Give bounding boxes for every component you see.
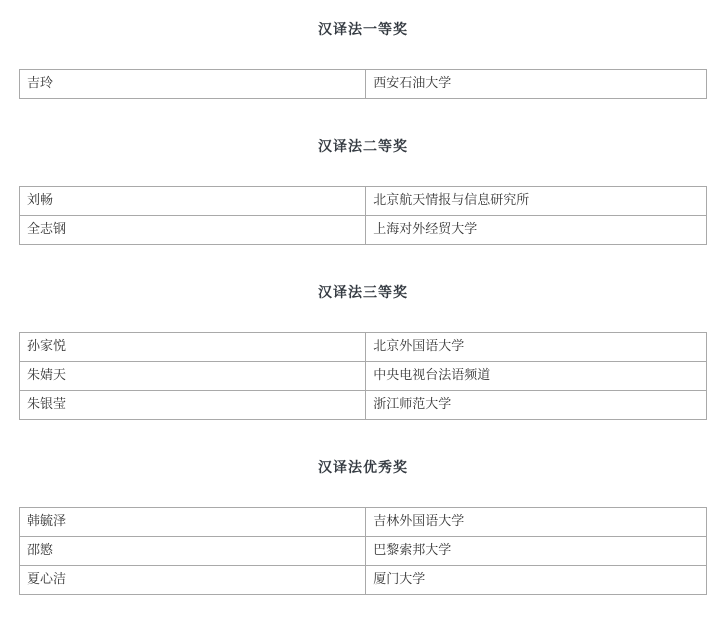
winner-name-cell: 孙家悦 xyxy=(20,333,366,362)
winner-affiliation-cell: 中央电视台法语频道 xyxy=(366,362,707,391)
award-table: 孙家悦 北京外国语大学 朱婧天 中央电视台法语频道 朱银莹 浙江师范大学 xyxy=(19,332,707,420)
winner-name-cell: 邵慜 xyxy=(20,537,366,566)
award-section-title: 汉译法三等奖 xyxy=(19,285,707,302)
award-results-page: 汉译法一等奖 吉玲 西安石油大学 汉译法二等奖 刘畅 北京航天情报与信息研究所 … xyxy=(0,22,726,595)
winner-affiliation-cell: 上海对外经贸大学 xyxy=(366,216,707,245)
winner-affiliation-cell: 厦门大学 xyxy=(366,566,707,595)
winner-affiliation-cell: 北京外国语大学 xyxy=(366,333,707,362)
table-row: 朱婧天 中央电视台法语频道 xyxy=(20,362,707,391)
award-section-title: 汉译法优秀奖 xyxy=(19,460,707,477)
winner-affiliation-cell: 北京航天情报与信息研究所 xyxy=(366,187,707,216)
table-row: 夏心洁 厦门大学 xyxy=(20,566,707,595)
winner-name-cell: 吉玲 xyxy=(20,70,366,99)
winner-affiliation-cell: 西安石油大学 xyxy=(366,70,707,99)
winner-affiliation-cell: 浙江师范大学 xyxy=(366,391,707,420)
award-section-excellence-prize: 汉译法优秀奖 韩毓泽 吉林外国语大学 邵慜 巴黎索邦大学 夏心洁 厦门大学 xyxy=(19,460,707,595)
award-section-third-prize: 汉译法三等奖 孙家悦 北京外国语大学 朱婧天 中央电视台法语频道 朱银莹 浙江师… xyxy=(19,285,707,420)
winner-affiliation-cell: 巴黎索邦大学 xyxy=(366,537,707,566)
award-table: 韩毓泽 吉林外国语大学 邵慜 巴黎索邦大学 夏心洁 厦门大学 xyxy=(19,507,707,595)
winner-name-cell: 刘畅 xyxy=(20,187,366,216)
award-table: 刘畅 北京航天情报与信息研究所 全志钢 上海对外经贸大学 xyxy=(19,186,707,245)
table-row: 韩毓泽 吉林外国语大学 xyxy=(20,508,707,537)
award-section-second-prize: 汉译法二等奖 刘畅 北京航天情报与信息研究所 全志钢 上海对外经贸大学 xyxy=(19,139,707,245)
table-row: 吉玲 西安石油大学 xyxy=(20,70,707,99)
award-section-title: 汉译法二等奖 xyxy=(19,139,707,156)
winner-name-cell: 韩毓泽 xyxy=(20,508,366,537)
table-row: 孙家悦 北京外国语大学 xyxy=(20,333,707,362)
winner-affiliation-cell: 吉林外国语大学 xyxy=(366,508,707,537)
award-table: 吉玲 西安石油大学 xyxy=(19,69,707,99)
winner-name-cell: 全志钢 xyxy=(20,216,366,245)
award-section-title: 汉译法一等奖 xyxy=(19,22,707,39)
winner-name-cell: 夏心洁 xyxy=(20,566,366,595)
winner-name-cell: 朱婧天 xyxy=(20,362,366,391)
table-row: 全志钢 上海对外经贸大学 xyxy=(20,216,707,245)
winner-name-cell: 朱银莹 xyxy=(20,391,366,420)
table-row: 朱银莹 浙江师范大学 xyxy=(20,391,707,420)
award-section-first-prize: 汉译法一等奖 吉玲 西安石油大学 xyxy=(19,22,707,99)
table-row: 刘畅 北京航天情报与信息研究所 xyxy=(20,187,707,216)
table-row: 邵慜 巴黎索邦大学 xyxy=(20,537,707,566)
